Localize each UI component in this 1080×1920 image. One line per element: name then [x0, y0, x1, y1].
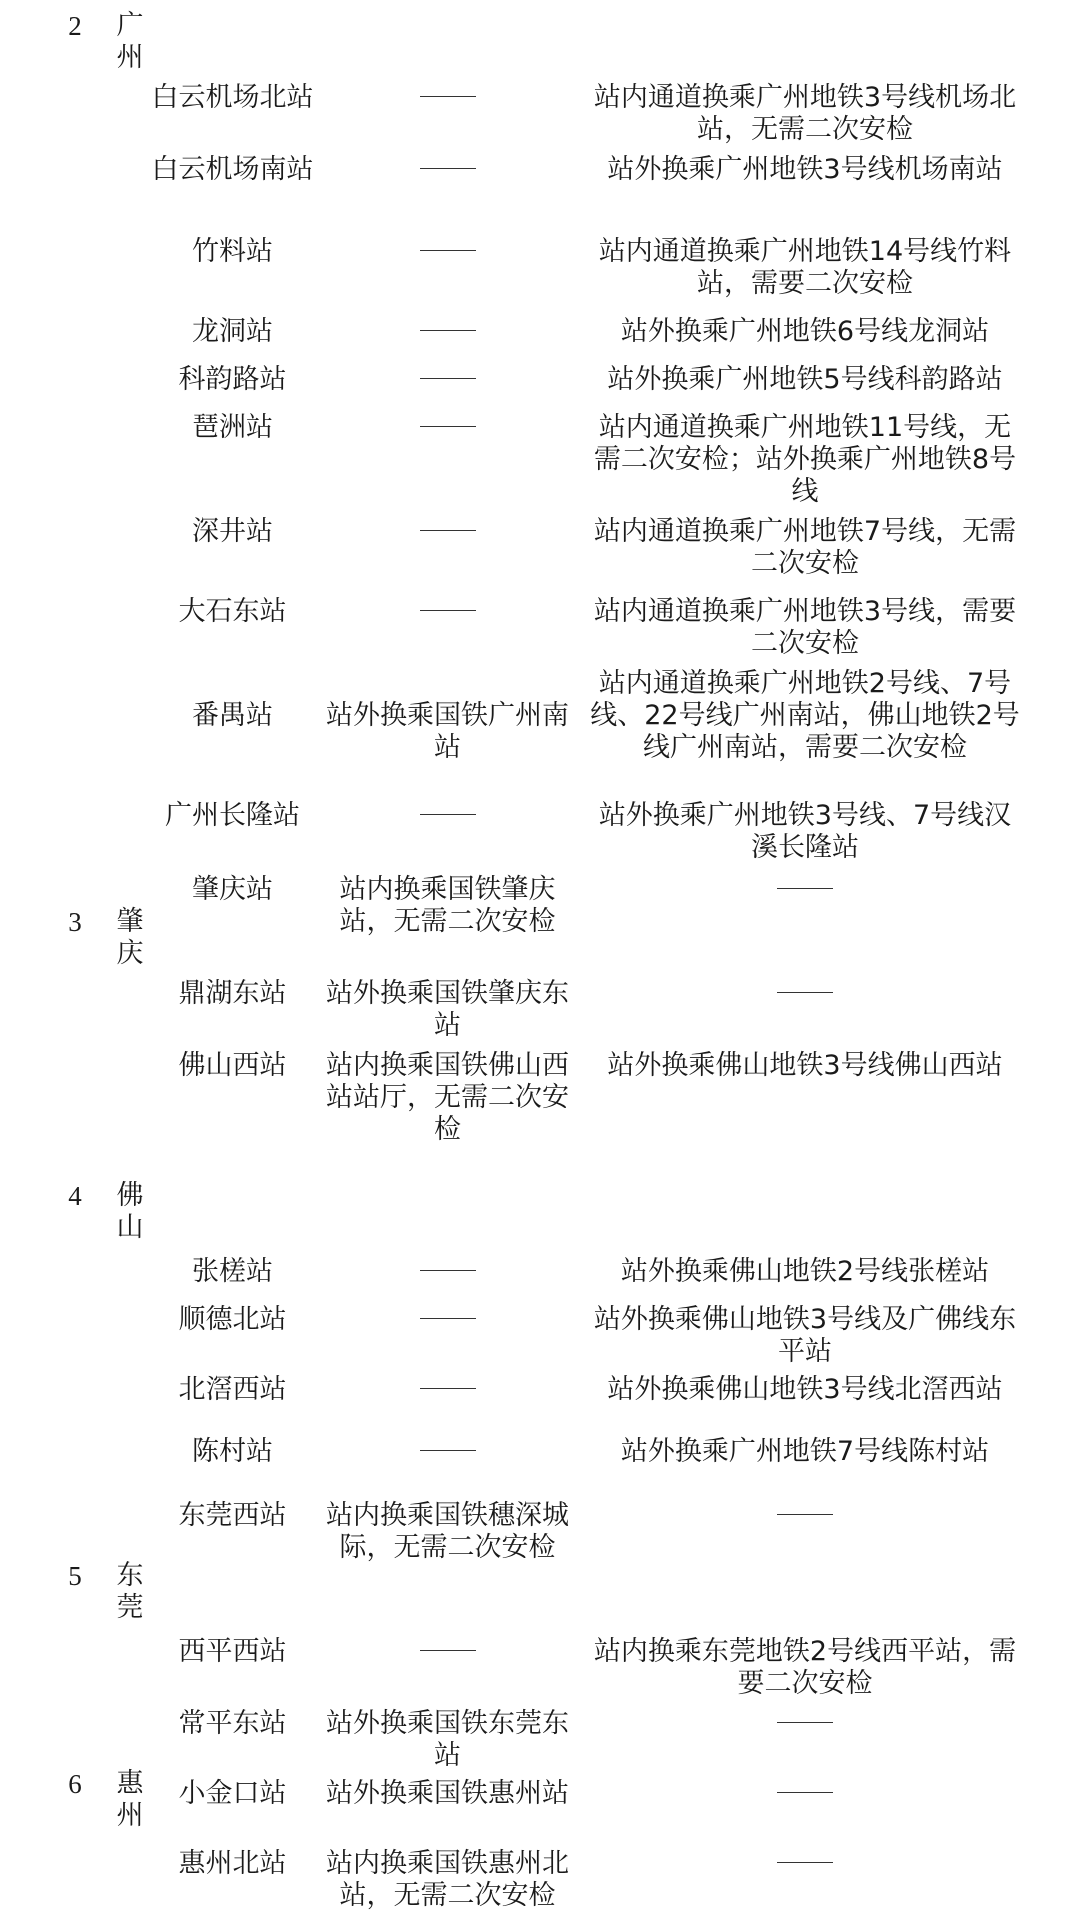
dash-placeholder [777, 1514, 833, 1515]
rail-transfer-none [315, 516, 580, 548]
metro-transfer: 站内通道换乘广州地铁2号线、7号线、22号线广州南站，佛山地铁2号线广州南站，需… [590, 668, 1020, 764]
station-name: 深井站 [150, 516, 315, 548]
group-index: 2 [60, 10, 90, 42]
metro-transfer: 站外换乘佛山地铁2号线张槎站 [590, 1256, 1020, 1288]
metro-transfer: 站外换乘佛山地铁3号线北滘西站 [590, 1374, 1020, 1406]
rail-transfer-none [315, 1374, 580, 1406]
dash-placeholder [420, 1318, 476, 1319]
station-name: 小金口站 [150, 1778, 315, 1810]
metro-transfer: 站外换乘佛山地铁3号线佛山西站 [590, 1050, 1020, 1082]
dash-placeholder [420, 1450, 476, 1451]
rail-transfer-none [315, 1436, 580, 1468]
metro-transfer: 站内通道换乘广州地铁7号线，无需二次安检 [590, 516, 1020, 580]
station-name: 陈村站 [150, 1436, 315, 1468]
rail-transfer-none [315, 1256, 580, 1288]
rail-transfer-none [315, 596, 580, 628]
metro-transfer: 站外换乘广州地铁6号线龙洞站 [590, 316, 1020, 348]
station-name: 番禺站 [150, 700, 315, 732]
rail-transfer-none [315, 412, 580, 444]
station-name: 佛山西站 [150, 1050, 315, 1082]
dash-placeholder [420, 814, 476, 815]
station-name: 鼎湖东站 [150, 978, 315, 1010]
metro-transfer: 站外换乘广州地铁7号线陈村站 [590, 1436, 1020, 1468]
group-city: 佛山 [110, 1180, 150, 1244]
group-city: 惠州 [110, 1768, 150, 1832]
dash-placeholder [777, 888, 833, 889]
station-name: 常平东站 [150, 1708, 315, 1740]
metro-transfer-none [590, 1848, 1020, 1880]
station-name: 竹料站 [150, 236, 315, 268]
metro-transfer-none [590, 978, 1020, 1010]
dash-placeholder [420, 378, 476, 379]
station-name: 大石东站 [150, 596, 315, 628]
rail-transfer-none [315, 316, 580, 348]
dash-placeholder [420, 1388, 476, 1389]
rail-transfer-none [315, 154, 580, 186]
metro-transfer: 站内换乘东莞地铁2号线西平站，需要二次安检 [590, 1636, 1020, 1700]
station-name: 肇庆站 [150, 874, 315, 906]
rail-transfer-none [315, 800, 580, 832]
group-index: 6 [60, 1768, 90, 1800]
station-name: 龙洞站 [150, 316, 315, 348]
group-index: 4 [60, 1180, 90, 1212]
metro-transfer-none [590, 874, 1020, 906]
station-name: 西平西站 [150, 1636, 315, 1668]
station-name: 白云机场南站 [150, 154, 315, 186]
station-name: 惠州北站 [150, 1848, 315, 1880]
metro-transfer: 站外换乘广州地铁3号线机场南站 [590, 154, 1020, 186]
station-name: 东莞西站 [150, 1500, 315, 1532]
dash-placeholder [777, 1862, 833, 1863]
station-name: 北滘西站 [150, 1374, 315, 1406]
dash-placeholder [420, 250, 476, 251]
dash-placeholder [420, 610, 476, 611]
metro-transfer-none [590, 1500, 1020, 1532]
dash-placeholder [777, 992, 833, 993]
rail-transfer: 站外换乘国铁广州南站 [315, 700, 580, 764]
rail-transfer-none [315, 236, 580, 268]
rail-transfer: 站内换乘国铁肇庆站，无需二次安检 [315, 874, 580, 938]
dash-placeholder [420, 330, 476, 331]
dash-placeholder [420, 426, 476, 427]
metro-transfer: 站内通道换乘广州地铁3号线，需要二次安检 [590, 596, 1020, 660]
dash-placeholder [420, 1650, 476, 1651]
group-city: 东莞 [110, 1560, 150, 1624]
metro-transfer: 站外换乘广州地铁3号线、7号线汉溪长隆站 [590, 800, 1020, 864]
dash-placeholder [777, 1722, 833, 1723]
dash-placeholder [420, 530, 476, 531]
dash-placeholder [777, 1792, 833, 1793]
rail-transfer: 站内换乘国铁佛山西站站厅，无需二次安检 [315, 1050, 580, 1146]
metro-transfer-none [590, 1708, 1020, 1740]
metro-transfer: 站内通道换乘广州地铁14号线竹料站，需要二次安检 [590, 236, 1020, 300]
station-name: 琶洲站 [150, 412, 315, 444]
metro-transfer: 站外换乘佛山地铁3号线及广佛线东平站 [590, 1304, 1020, 1368]
group-city: 肇庆 [110, 906, 150, 970]
dash-placeholder [420, 1270, 476, 1271]
metro-transfer: 站内通道换乘广州地铁11号线，无需二次安检；站外换乘广州地铁8号线 [590, 412, 1020, 508]
rail-transfer: 站外换乘国铁东莞东站 [315, 1708, 580, 1772]
station-name: 张槎站 [150, 1256, 315, 1288]
rail-transfer-none [315, 364, 580, 396]
dash-placeholder [420, 168, 476, 169]
rail-transfer: 站外换乘国铁惠州站 [315, 1778, 580, 1810]
group-city: 广州 [110, 10, 150, 74]
station-name: 广州长隆站 [150, 800, 315, 832]
station-name: 顺德北站 [150, 1304, 315, 1336]
rail-transfer: 站内换乘国铁惠州北站，无需二次安检 [315, 1848, 580, 1912]
group-index: 3 [60, 906, 90, 938]
group-index: 5 [60, 1560, 90, 1592]
metro-transfer: 站外换乘广州地铁5号线科韵路站 [590, 364, 1020, 396]
station-name: 白云机场北站 [150, 82, 315, 114]
rail-transfer-none [315, 1304, 580, 1336]
rail-transfer-none [315, 1636, 580, 1668]
dash-placeholder [420, 96, 476, 97]
station-name: 科韵路站 [150, 364, 315, 396]
rail-transfer: 站内换乘国铁穗深城际，无需二次安检 [315, 1500, 580, 1564]
metro-transfer: 站内通道换乘广州地铁3号线机场北站，无需二次安检 [590, 82, 1020, 146]
rail-transfer: 站外换乘国铁肇庆东站 [315, 978, 580, 1042]
rail-transfer-none [315, 82, 580, 114]
metro-transfer-none [590, 1778, 1020, 1810]
transfer-table: 2广州3肇庆4佛山5东莞6惠州白云机场北站站内通道换乘广州地铁3号线机场北站，无… [0, 0, 1080, 1920]
